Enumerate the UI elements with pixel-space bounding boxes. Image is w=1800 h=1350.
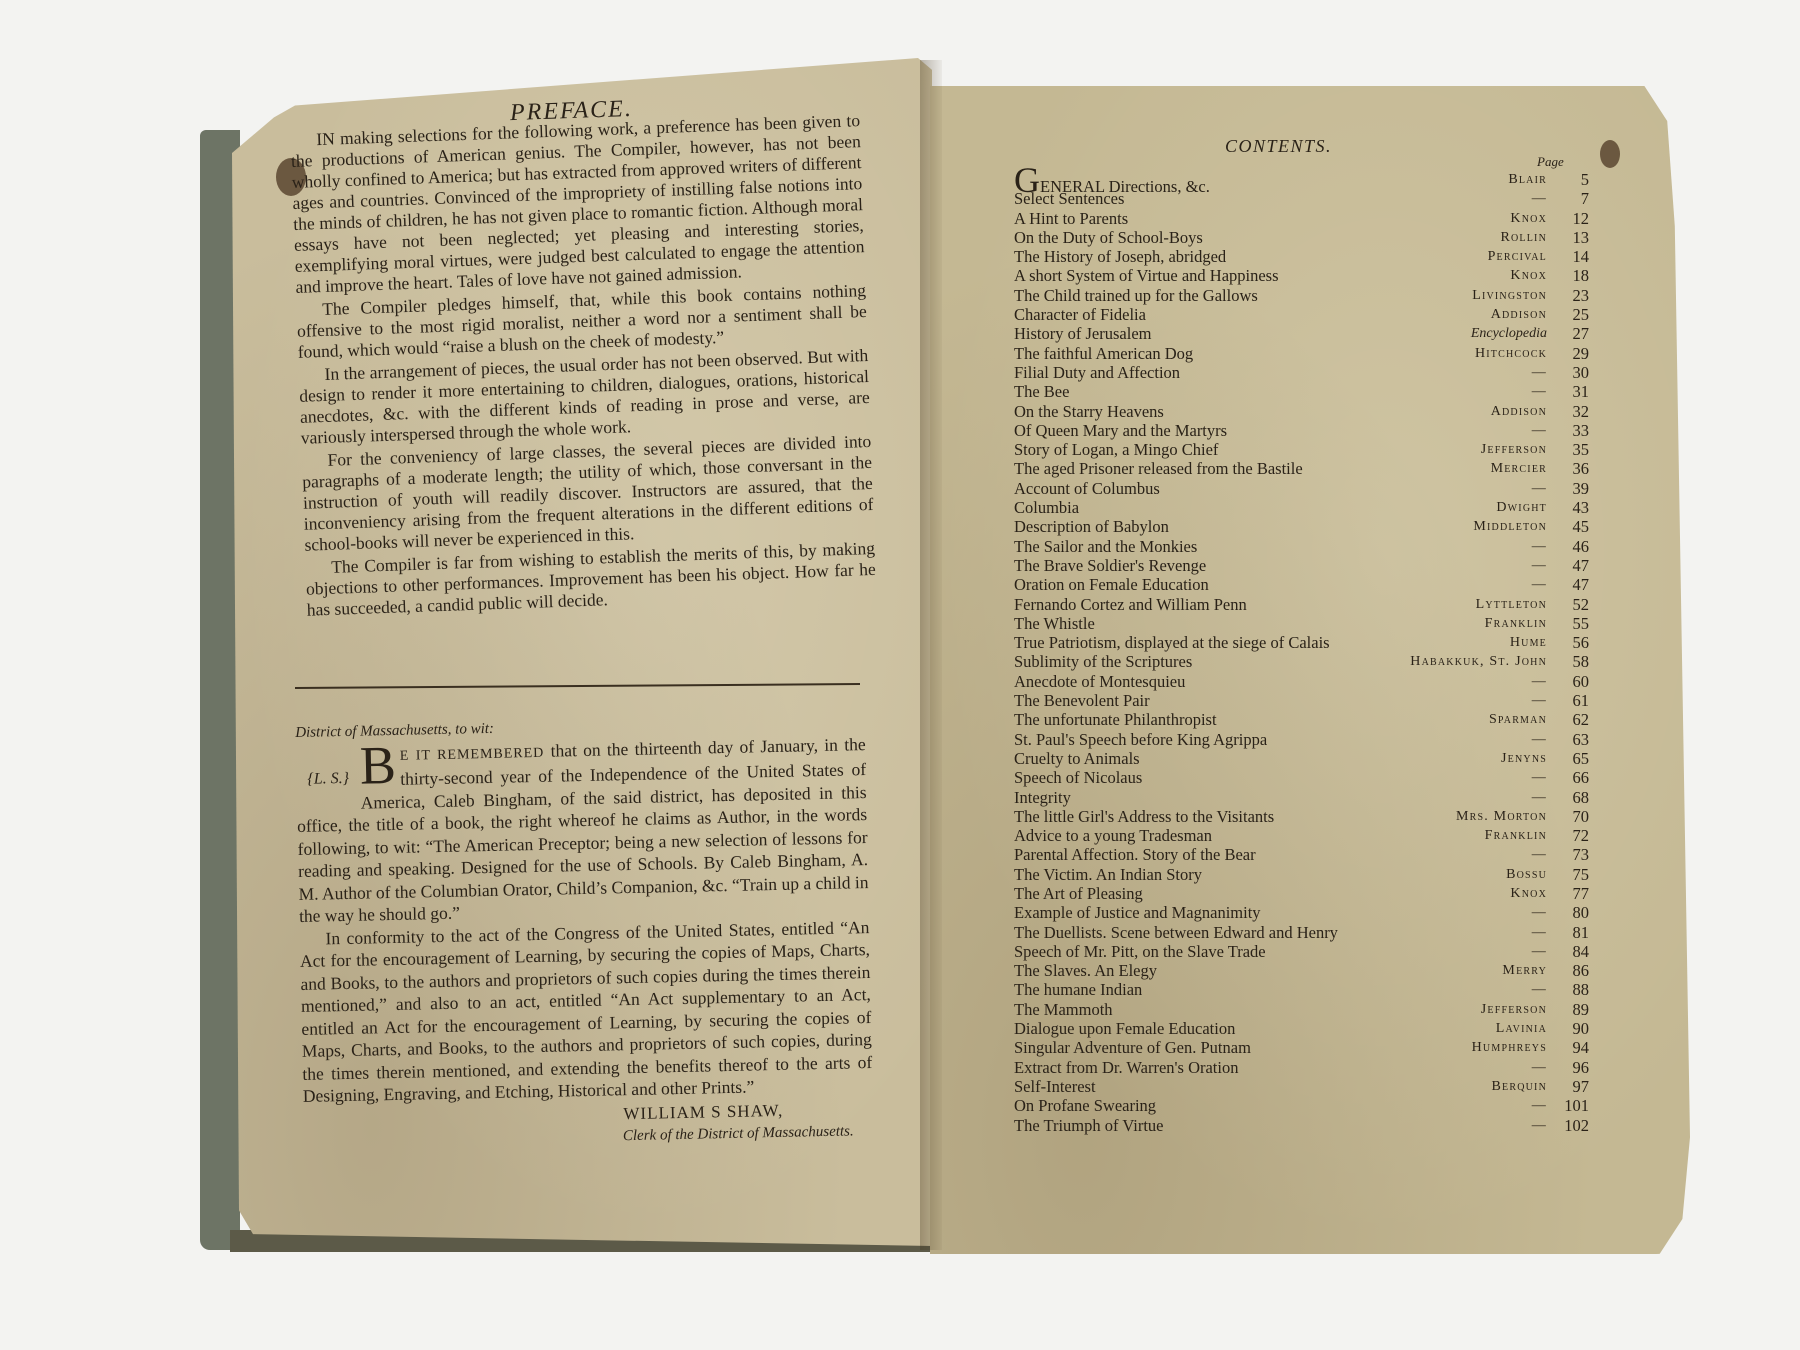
entry-title-text: Story of Logan, a Mingo Chief [1014, 440, 1218, 459]
entry-page-number: 75 [1555, 865, 1589, 884]
contents-entry: The Triumph of Virtue—102 [1014, 1116, 1589, 1135]
entry-title: On the Starry Heavens [1014, 402, 1164, 421]
entry-title: Speech of Nicolaus [1014, 768, 1142, 787]
entry-title-text: Filial Duty and Affection [1014, 363, 1180, 382]
contents-entry: Cruelty to AnimalsJenyns65 [1014, 749, 1589, 768]
entry-title: On the Duty of School-Boys [1014, 228, 1203, 247]
contents-entry: True Patriotism, displayed at the siege … [1014, 633, 1589, 652]
contents-entry: A short System of Virtue and HappinessKn… [1014, 266, 1589, 285]
entry-title-text: The Brave Soldier's Revenge [1014, 556, 1206, 575]
entry-title: Story of Logan, a Mingo Chief [1014, 440, 1218, 459]
entry-author: Lavinia [1496, 1019, 1547, 1038]
copyright-body-2: In conformity to the act of the Congress… [299, 916, 873, 1108]
entry-title: Extract from Dr. Warren's Oration [1014, 1058, 1238, 1077]
contents-entry: Sublimity of the ScripturesHabakkuk, St.… [1014, 652, 1589, 671]
entry-title: On Profane Swearing [1014, 1096, 1156, 1115]
entry-page-number: 77 [1555, 884, 1589, 903]
entry-author: — [1532, 1116, 1547, 1135]
entry-title: St. Paul's Speech before King Agrippa [1014, 730, 1267, 749]
entry-title: The Benevolent Pair [1014, 691, 1150, 710]
entry-title: True Patriotism, displayed at the siege … [1014, 633, 1330, 652]
entry-title: The Slaves. An Elegy [1014, 961, 1157, 980]
entry-title-text: The little Girl's Address to the Visitan… [1014, 807, 1274, 826]
entry-author: Rollin [1500, 228, 1547, 247]
entry-author: Knox [1510, 209, 1547, 228]
entry-page-number: 84 [1555, 942, 1589, 961]
entry-title-text: A short System of Virtue and Happiness [1014, 266, 1279, 285]
contents-entry: The Art of PleasingKnox77 [1014, 884, 1589, 903]
contents-entry: On Profane Swearing—101 [1014, 1096, 1589, 1115]
entry-page-number: 101 [1555, 1096, 1589, 1115]
contents-entry: Singular Adventure of Gen. PutnamHumphre… [1014, 1038, 1589, 1057]
entry-title-text: Of Queen Mary and the Martyrs [1014, 421, 1227, 440]
contents-entry: Parental Affection. Story of the Bear—73 [1014, 845, 1589, 864]
entry-page-number: 47 [1555, 556, 1589, 575]
entry-page-number: 36 [1555, 459, 1589, 478]
contents-entry: Speech of Mr. Pitt, on the Slave Trade—8… [1014, 942, 1589, 961]
entry-title: The unfortunate Philanthropist [1014, 710, 1217, 729]
entry-title: The aged Prisoner released from the Bast… [1014, 459, 1303, 478]
entry-title-text: The faithful American Dog [1014, 344, 1193, 363]
contents-entry: Story of Logan, a Mingo ChiefJefferson35 [1014, 440, 1589, 459]
contents-entry: The History of Joseph, abridgedPercival1… [1014, 247, 1589, 266]
entry-title: History of Jerusalem [1014, 324, 1151, 343]
entry-title-text: The aged Prisoner released from the Bast… [1014, 459, 1303, 478]
entry-page-number: 88 [1555, 980, 1589, 999]
entry-author: Jefferson [1481, 440, 1547, 459]
entry-title-text: A Hint to Parents [1014, 209, 1128, 228]
seal-label: L. S. [314, 770, 343, 788]
entry-title: Example of Justice and Magnanimity [1014, 903, 1261, 922]
entry-title-text: Character of Fidelia [1014, 305, 1146, 324]
entry-title-text: The Whistle [1014, 614, 1095, 633]
entry-author: — [1532, 575, 1547, 594]
entry-title: The Duellists. Scene between Edward and … [1014, 923, 1338, 942]
seal-ls: {L. S.} [295, 743, 360, 814]
entry-title-text: The Art of Pleasing [1014, 884, 1143, 903]
entry-title: Cruelty to Animals [1014, 749, 1140, 768]
entry-page-number: 65 [1555, 749, 1589, 768]
contents-entry: GENERAL Directions, &c.Blair5 [1014, 170, 1589, 189]
entry-page-number: 102 [1555, 1116, 1589, 1135]
entry-title-text: On the Duty of School-Boys [1014, 228, 1203, 247]
entry-title-text: St. Paul's Speech before King Agrippa [1014, 730, 1267, 749]
entry-title: The faithful American Dog [1014, 344, 1193, 363]
entry-title-text: The Victim. An Indian Story [1014, 865, 1202, 884]
page-column-label: Page [1537, 154, 1564, 170]
entry-title-text: Account of Columbus [1014, 479, 1160, 498]
contents-entry: Anecdote of Montesquieu—60 [1014, 672, 1589, 691]
contents-entry: The unfortunate PhilanthropistSparman62 [1014, 710, 1589, 729]
entry-author: — [1532, 942, 1547, 961]
contents-entry: Filial Duty and Affection—30 [1014, 363, 1589, 382]
entry-page-number: 30 [1555, 363, 1589, 382]
entry-author: Bossu [1506, 865, 1547, 884]
entry-title-text: Example of Justice and Magnanimity [1014, 903, 1261, 922]
entry-author: Livingston [1472, 286, 1547, 305]
entry-title-text: Columbia [1014, 498, 1079, 517]
contents-entry: The Brave Soldier's Revenge—47 [1014, 556, 1589, 575]
contents-entry: A Hint to ParentsKnox12 [1014, 209, 1589, 228]
entry-title-text: Select Sentences [1014, 189, 1124, 208]
entry-page-number: 7 [1555, 189, 1589, 208]
entry-title-text: Parental Affection. Story of the Bear [1014, 845, 1256, 864]
entry-page-number: 62 [1555, 710, 1589, 729]
entry-title-text: Oration on Female Education [1014, 575, 1209, 594]
entry-author: Jenyns [1501, 749, 1547, 768]
entry-page-number: 86 [1555, 961, 1589, 980]
entry-page-number: 13 [1555, 228, 1589, 247]
entry-title: The Sailor and the Monkies [1014, 537, 1197, 556]
contents-entry: The Bee—31 [1014, 382, 1589, 401]
entry-page-number: 56 [1555, 633, 1589, 652]
entry-title: The Art of Pleasing [1014, 884, 1143, 903]
entry-author: Humphreys [1472, 1038, 1547, 1057]
entry-page-number: 5 [1555, 170, 1589, 189]
entry-title: Columbia [1014, 498, 1079, 517]
contents-entry: The Duellists. Scene between Edward and … [1014, 923, 1589, 942]
entry-author: — [1532, 189, 1547, 208]
entry-author: — [1532, 421, 1547, 440]
entry-title-text: Extract from Dr. Warren's Oration [1014, 1058, 1238, 1077]
contents-entry: Extract from Dr. Warren's Oration—96 [1014, 1058, 1589, 1077]
entry-title-text: The Benevolent Pair [1014, 691, 1150, 710]
entry-page-number: 18 [1555, 266, 1589, 285]
contents-title: CONTENTS. [1225, 136, 1332, 157]
entry-title-text: The unfortunate Philanthropist [1014, 710, 1217, 729]
contents-entry: The Sailor and the Monkies—46 [1014, 537, 1589, 556]
entry-page-number: 12 [1555, 209, 1589, 228]
entry-title-text: The Sailor and the Monkies [1014, 537, 1197, 556]
contents-entry: Dialogue upon Female EducationLavinia90 [1014, 1019, 1589, 1038]
entry-author: Knox [1510, 884, 1547, 903]
preface-paragraph: IN making selections for the following w… [290, 110, 866, 298]
entry-page-number: 70 [1555, 807, 1589, 826]
entry-title-text: Singular Adventure of Gen. Putnam [1014, 1038, 1251, 1057]
contents-entry: Fernando Cortez and William PennLyttleto… [1014, 595, 1589, 614]
contents-entry: History of JerusalemEncyclopedia27 [1014, 324, 1589, 343]
entry-author: — [1532, 691, 1547, 710]
entry-title-text: Anecdote of Montesquieu [1014, 672, 1185, 691]
entry-page-number: 31 [1555, 382, 1589, 401]
entry-author: — [1532, 1096, 1547, 1115]
entry-page-number: 55 [1555, 614, 1589, 633]
entry-page-number: 46 [1555, 537, 1589, 556]
entry-title: Parental Affection. Story of the Bear [1014, 845, 1256, 864]
entry-title: The Mammoth [1014, 1000, 1113, 1019]
entry-author: — [1532, 923, 1547, 942]
entry-title-text: On the Starry Heavens [1014, 402, 1164, 421]
entry-title-text: The Mammoth [1014, 1000, 1113, 1019]
contents-entry: Speech of Nicolaus—66 [1014, 768, 1589, 787]
contents-entry: The aged Prisoner released from the Bast… [1014, 459, 1589, 478]
entry-page-number: 66 [1555, 768, 1589, 787]
entry-title-text: Sublimity of the Scriptures [1014, 652, 1192, 671]
contents-entry: Oration on Female Education—47 [1014, 575, 1589, 594]
entry-author: Mrs. Morton [1456, 807, 1547, 826]
entry-author: — [1532, 788, 1547, 807]
entry-page-number: 29 [1555, 344, 1589, 363]
entry-title: Of Queen Mary and the Martyrs [1014, 421, 1227, 440]
entry-author: Addison [1491, 402, 1547, 421]
entry-author: — [1532, 768, 1547, 787]
entry-title-text: History of Jerusalem [1014, 324, 1151, 343]
entry-title-text: The Triumph of Virtue [1014, 1116, 1164, 1135]
entry-page-number: 43 [1555, 498, 1589, 517]
entry-title: Fernando Cortez and William Penn [1014, 595, 1247, 614]
entry-title-text: Speech of Nicolaus [1014, 768, 1142, 787]
contents-entry: The little Girl's Address to the Visitan… [1014, 807, 1589, 826]
entry-title-text: Advice to a young Tradesman [1014, 826, 1212, 845]
entry-author: Mercier [1491, 459, 1547, 478]
entry-title: The Whistle [1014, 614, 1095, 633]
entry-title-text: True Patriotism, displayed at the siege … [1014, 633, 1330, 652]
entry-author: — [1532, 845, 1547, 864]
entry-author: — [1532, 980, 1547, 999]
entry-author: Percival [1488, 247, 1547, 266]
copyright-lead: E IT REMEMBERED [400, 745, 545, 763]
entry-title-text: Dialogue upon Female Education [1014, 1019, 1235, 1038]
entry-title-text: The Bee [1014, 382, 1069, 401]
entry-page-number: 45 [1555, 517, 1589, 536]
entry-title: The Brave Soldier's Revenge [1014, 556, 1206, 575]
entry-title: The little Girl's Address to the Visitan… [1014, 807, 1274, 826]
contents-entry: Integrity—68 [1014, 788, 1589, 807]
contents-entry: Example of Justice and Magnanimity—80 [1014, 903, 1589, 922]
entry-title-text: Speech of Mr. Pitt, on the Slave Trade [1014, 942, 1266, 961]
entry-title: Filial Duty and Affection [1014, 363, 1180, 382]
entry-page-number: 27 [1555, 324, 1589, 343]
copyright-notice: District of Massachusetts, to wit: {L. S… [295, 710, 874, 1154]
entry-page-number: 32 [1555, 402, 1589, 421]
contents-entry: Self-InterestBerquin97 [1014, 1077, 1589, 1096]
entry-author: — [1532, 730, 1547, 749]
entry-title: The Triumph of Virtue [1014, 1116, 1164, 1135]
entry-title-text: The Duellists. Scene between Edward and … [1014, 923, 1338, 942]
entry-author: Merry [1502, 961, 1547, 980]
entry-title-text: Self-Interest [1014, 1077, 1096, 1096]
entry-author: — [1532, 903, 1547, 922]
entry-author: Hitchcock [1475, 344, 1547, 363]
entry-page-number: 63 [1555, 730, 1589, 749]
entry-title: Advice to a young Tradesman [1014, 826, 1212, 845]
entry-page-number: 96 [1555, 1058, 1589, 1077]
entry-page-number: 94 [1555, 1038, 1589, 1057]
entry-author: Blair [1508, 170, 1547, 189]
entry-title: Character of Fidelia [1014, 305, 1146, 324]
entry-title: A short System of Virtue and Happiness [1014, 266, 1279, 285]
entry-page-number: 60 [1555, 672, 1589, 691]
entry-page-number: 25 [1555, 305, 1589, 324]
entry-author: Jefferson [1481, 1000, 1547, 1019]
contents-entry: The Victim. An Indian StoryBossu75 [1014, 865, 1589, 884]
entry-author: — [1532, 537, 1547, 556]
contents-entry: On the Duty of School-BoysRollin13 [1014, 228, 1589, 247]
entry-title-text: On Profane Swearing [1014, 1096, 1156, 1115]
contents-list: GENERAL Directions, &c.Blair5Select Sent… [1014, 170, 1589, 1135]
entry-author: Franklin [1485, 826, 1547, 845]
entry-title: The Victim. An Indian Story [1014, 865, 1202, 884]
entry-author: Berquin [1491, 1077, 1547, 1096]
entry-title: Oration on Female Education [1014, 575, 1209, 594]
contents-entry: On the Starry HeavensAddison32 [1014, 402, 1589, 421]
entry-author: Franklin [1485, 614, 1547, 633]
entry-title: Self-Interest [1014, 1077, 1096, 1096]
entry-page-number: 73 [1555, 845, 1589, 864]
contents-entry: The Slaves. An ElegyMerry86 [1014, 961, 1589, 980]
entry-page-number: 89 [1555, 1000, 1589, 1019]
entry-title: The Bee [1014, 382, 1069, 401]
contents-entry: St. Paul's Speech before King Agrippa—63 [1014, 730, 1589, 749]
entry-title: Description of Babylon [1014, 517, 1169, 536]
entry-page-number: 81 [1555, 923, 1589, 942]
entry-title: The humane Indian [1014, 980, 1142, 999]
entry-author: — [1532, 382, 1547, 401]
book-spine [920, 60, 942, 1250]
entry-page-number: 97 [1555, 1077, 1589, 1096]
entry-author: — [1532, 363, 1547, 382]
contents-entry: The Child trained up for the GallowsLivi… [1014, 286, 1589, 305]
entry-page-number: 58 [1555, 652, 1589, 671]
entry-page-number: 61 [1555, 691, 1589, 710]
entry-title-text: Integrity [1014, 788, 1071, 807]
entry-author: — [1532, 672, 1547, 691]
contents-entry: The MammothJefferson89 [1014, 1000, 1589, 1019]
entry-title: Singular Adventure of Gen. Putnam [1014, 1038, 1251, 1057]
contents-entry: Advice to a young TradesmanFranklin72 [1014, 826, 1589, 845]
entry-title: A Hint to Parents [1014, 209, 1128, 228]
entry-title: Account of Columbus [1014, 479, 1160, 498]
entry-title-text: The humane Indian [1014, 980, 1142, 999]
entry-author: — [1532, 1058, 1547, 1077]
entry-author: Sparman [1489, 710, 1547, 729]
contents-entry: The faithful American DogHitchcock29 [1014, 344, 1589, 363]
entry-title: Integrity [1014, 788, 1071, 807]
entry-title: The Child trained up for the Gallows [1014, 286, 1258, 305]
entry-author: Habakkuk, St. John [1410, 652, 1547, 671]
entry-author: — [1532, 556, 1547, 575]
entry-page-number: 14 [1555, 247, 1589, 266]
entry-author: Encyclopedia [1471, 324, 1547, 343]
contents-entry: The humane Indian—88 [1014, 980, 1589, 999]
entry-page-number: 23 [1555, 286, 1589, 305]
entry-author: — [1532, 479, 1547, 498]
contents-entry: The Benevolent Pair—61 [1014, 691, 1589, 710]
entry-title-text: Description of Babylon [1014, 517, 1169, 536]
contents-entry: Character of FideliaAddison25 [1014, 305, 1589, 324]
contents-entry: The WhistleFranklin55 [1014, 614, 1589, 633]
entry-title-text: The Slaves. An Elegy [1014, 961, 1157, 980]
entry-page-number: 52 [1555, 595, 1589, 614]
drop-cap: B [359, 742, 396, 787]
entry-author: Hume [1510, 633, 1547, 652]
entry-page-number: 80 [1555, 903, 1589, 922]
entry-page-number: 35 [1555, 440, 1589, 459]
entry-page-number: 90 [1555, 1019, 1589, 1038]
entry-title: Anecdote of Montesquieu [1014, 672, 1185, 691]
entry-page-number: 47 [1555, 575, 1589, 594]
entry-author: Knox [1510, 266, 1547, 285]
entry-author: Lyttleton [1476, 595, 1547, 614]
entry-title-text: Fernando Cortez and William Penn [1014, 595, 1247, 614]
entry-author: Dwight [1496, 498, 1547, 517]
stain-mark [1600, 140, 1620, 168]
entry-title: Sublimity of the Scriptures [1014, 652, 1192, 671]
contents-entry: Account of Columbus—39 [1014, 479, 1589, 498]
contents-entry: Select Sentences—7 [1014, 189, 1589, 208]
preface-paragraph: For the conveniency of large classes, th… [301, 431, 874, 556]
entry-title-text: The Child trained up for the Gallows [1014, 286, 1258, 305]
preface-body: IN making selections for the following w… [290, 110, 877, 623]
entry-page-number: 72 [1555, 826, 1589, 845]
entry-title-text: Cruelty to Animals [1014, 749, 1140, 768]
entry-title: Dialogue upon Female Education [1014, 1019, 1235, 1038]
entry-title: Speech of Mr. Pitt, on the Slave Trade [1014, 942, 1266, 961]
entry-author: Addison [1491, 305, 1547, 324]
contents-entry: ColumbiaDwight43 [1014, 498, 1589, 517]
entry-page-number: 33 [1555, 421, 1589, 440]
entry-page-number: 39 [1555, 479, 1589, 498]
entry-page-number: 68 [1555, 788, 1589, 807]
entry-title: Select Sentences [1014, 189, 1124, 208]
entry-author: Middleton [1473, 517, 1547, 536]
entry-title: The History of Joseph, abridged [1014, 247, 1226, 266]
contents-entry: Description of BabylonMiddleton45 [1014, 517, 1589, 536]
contents-entry: Of Queen Mary and the Martyrs—33 [1014, 421, 1589, 440]
entry-title-text: The History of Joseph, abridged [1014, 247, 1226, 266]
